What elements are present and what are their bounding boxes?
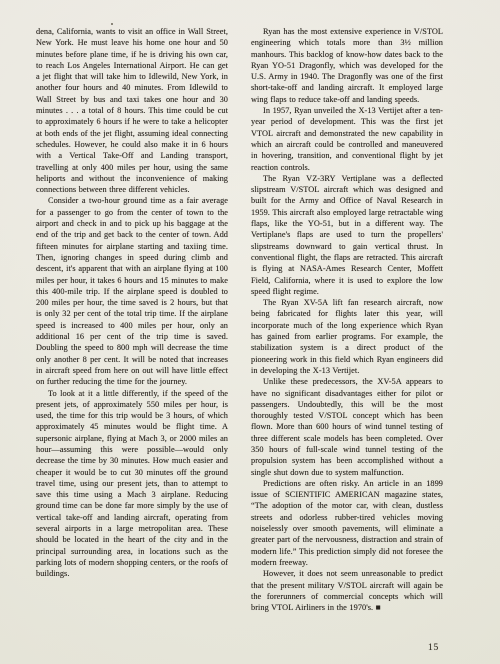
paragraph: Ryan has the most extensive experience i… xyxy=(251,26,443,105)
paragraph: Unlike these predecessors, the XV-5A app… xyxy=(251,376,443,478)
paragraph: In 1957, Ryan unveiled the X-13 Vertijet… xyxy=(251,105,443,173)
paragraph: To look at it a little differently, if t… xyxy=(36,388,228,580)
paragraph: Consider a two-hour ground time as a fai… xyxy=(36,195,228,387)
left-column: dena, California, wants to visit an offi… xyxy=(36,26,228,580)
page-number: 15 xyxy=(428,643,439,653)
paragraph: Predictions are often risky. An article … xyxy=(251,478,443,568)
scanned-page: dena, California, wants to visit an offi… xyxy=(0,0,500,664)
paragraph: The Ryan XV-5A lift fan research aircraf… xyxy=(251,297,443,376)
paragraph: dena, California, wants to visit an offi… xyxy=(36,26,228,195)
scan-speck xyxy=(111,23,113,25)
paragraph: However, it does not seem unreasonable t… xyxy=(251,568,443,613)
right-column: Ryan has the most extensive experience i… xyxy=(251,26,443,613)
paragraph: The Ryan VZ-3RY Vertiplane was a deflect… xyxy=(251,173,443,297)
